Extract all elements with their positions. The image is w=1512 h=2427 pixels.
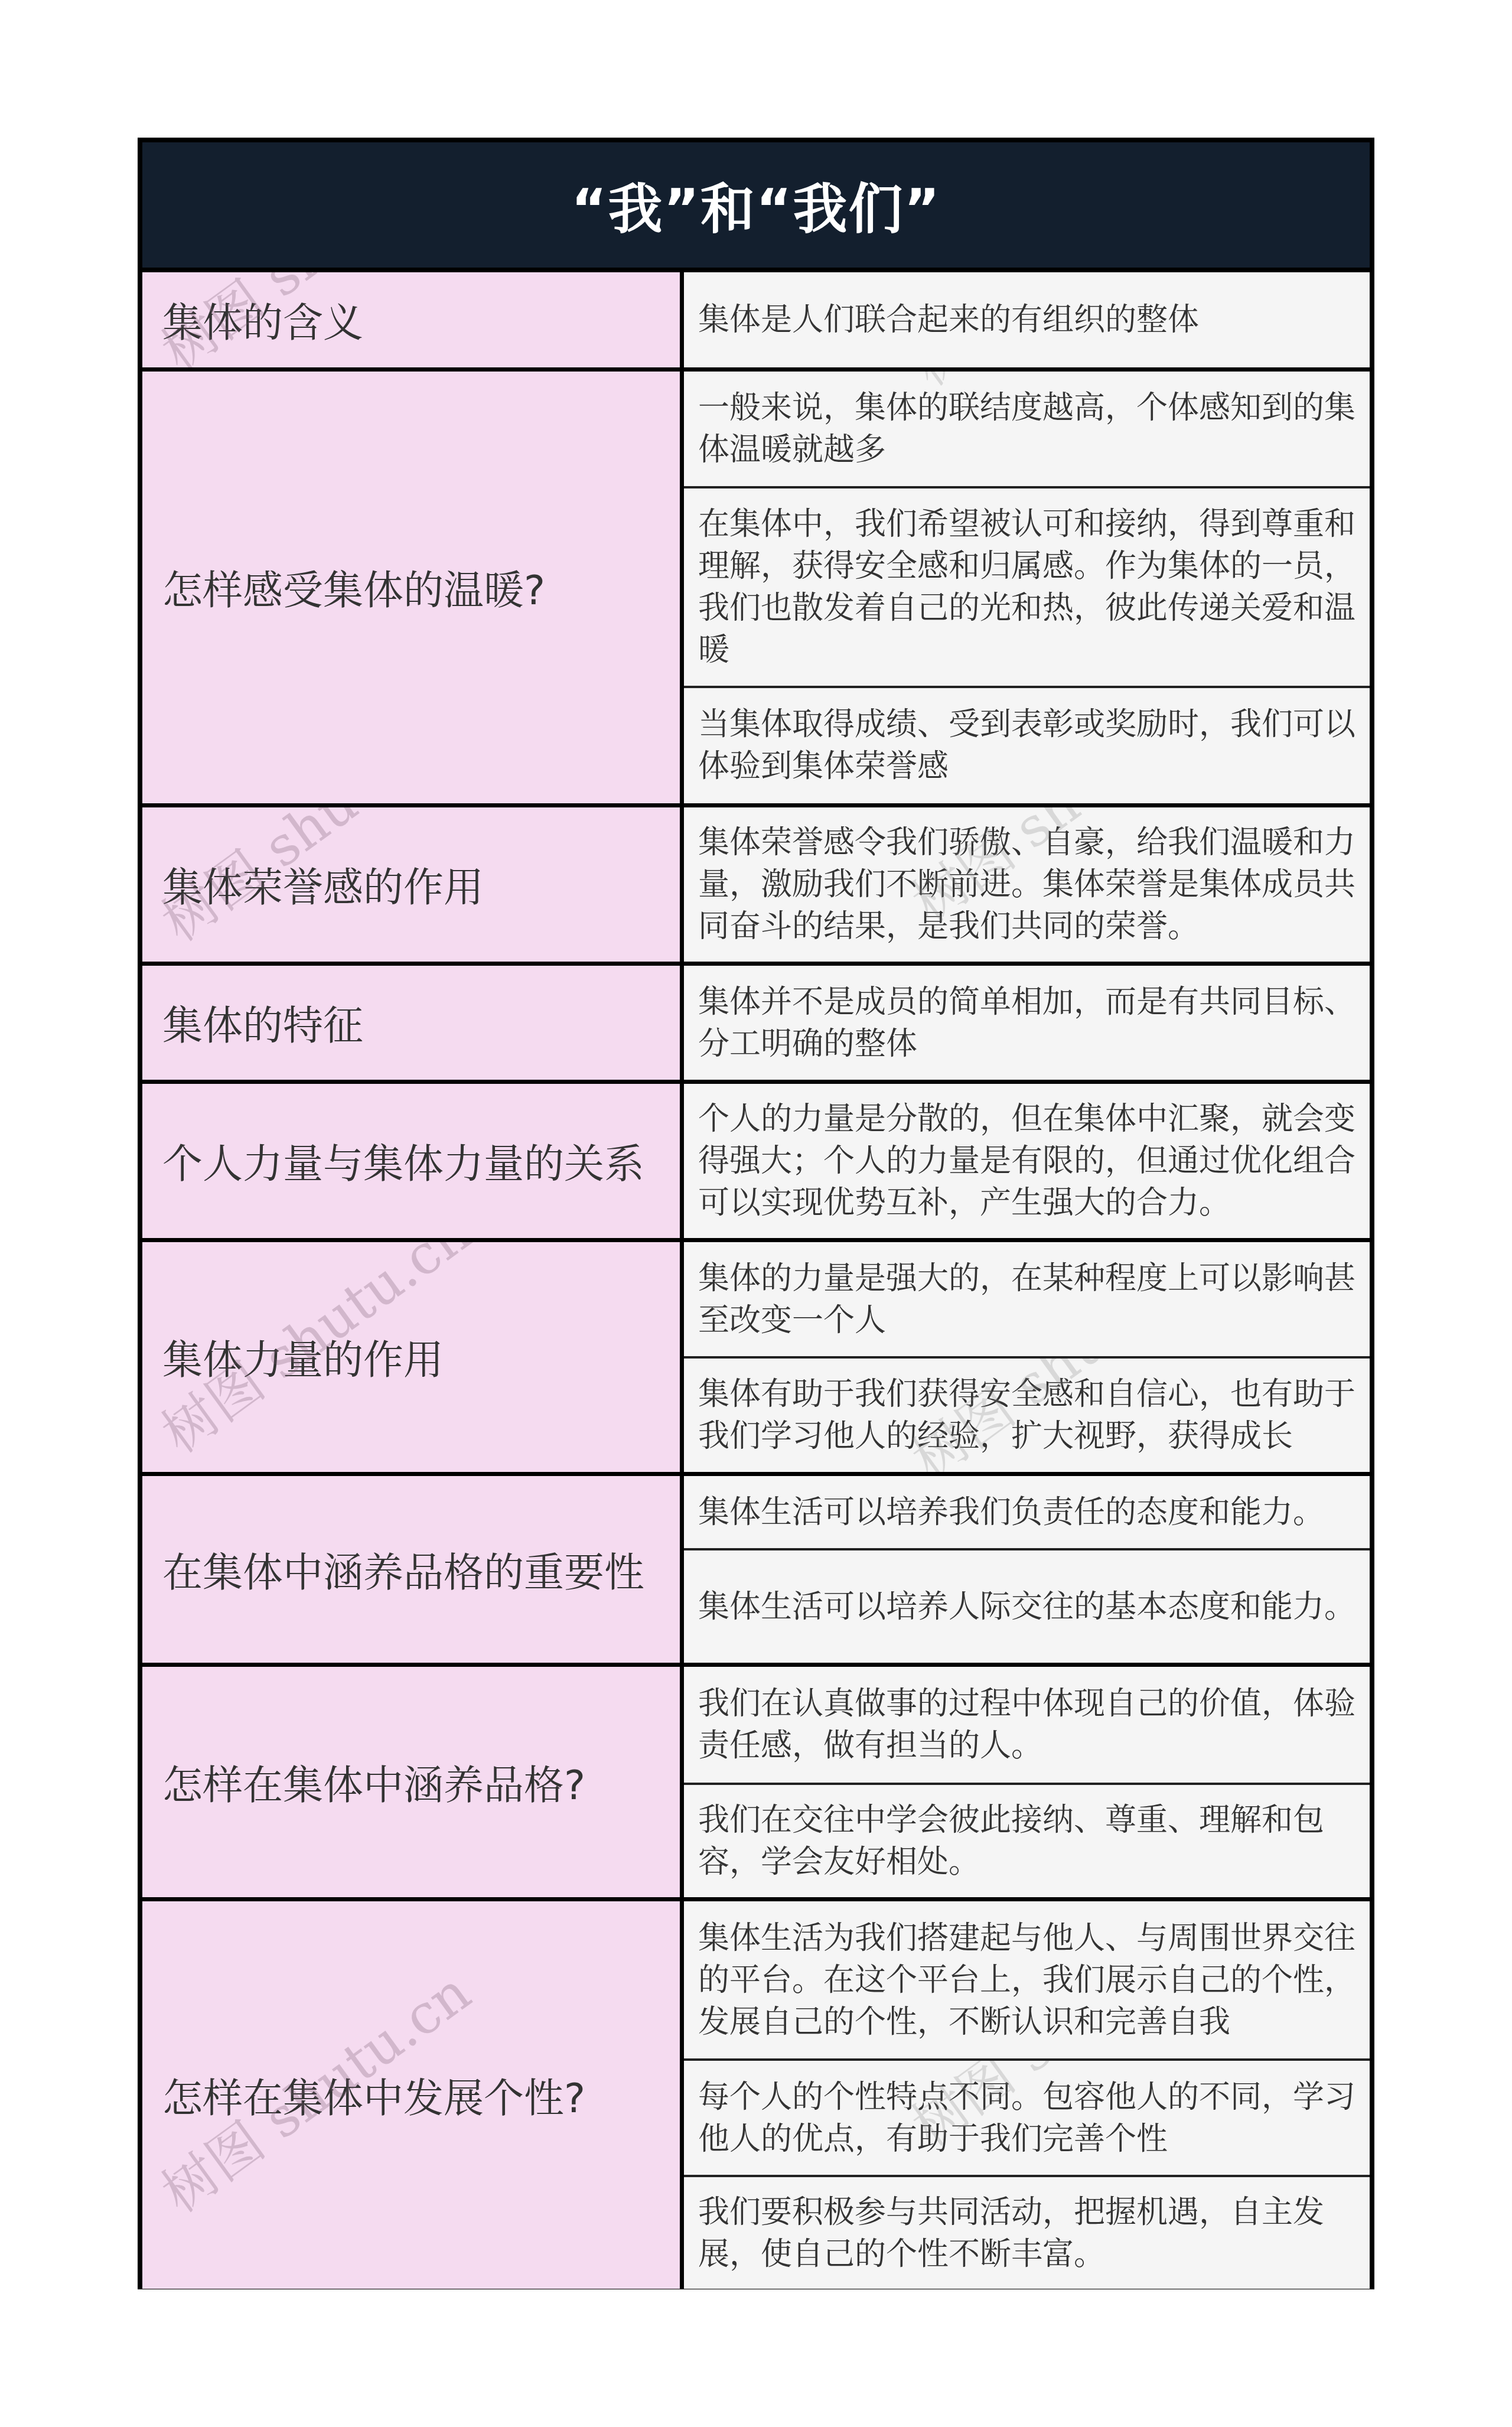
item-text: 集体生活为我们搭建起与他人、与周围世界交往的平台。在这个平台上，我们展示自己的个… [698, 1917, 1357, 2043]
row-label: 集体的含义 树图 shutu.cn [142, 272, 684, 367]
item-text: 我们在交往中学会彼此接纳、尊重、理解和包容，学会友好相处。 [698, 1799, 1357, 1883]
row-label: 个人力量与集体力量的关系 [142, 1084, 684, 1238]
row-label-text: 怎样在集体中发展个性? [162, 2067, 585, 2124]
item-text: 我们在认真做事的过程中体现自己的价值，体验责任感，做有担当的人。 [698, 1683, 1357, 1767]
list-item: 当集体取得成绩、受到表彰或奖励时，我们可以体验到集体荣誉感 [684, 688, 1370, 803]
table-row: 集体荣誉感的作用 树图 shutu.cn 集体荣誉感令我们骄傲、自豪，给我们温暖… [142, 807, 1370, 966]
row-items: 我们在认真做事的过程中体现自己的价值，体验责任感，做有担当的人。 我们在交往中学… [684, 1667, 1370, 1897]
item-text: 集体荣誉感令我们骄傲、自豪，给我们温暖和力量，激励我们不断前进。集体荣誉是集体成… [698, 822, 1357, 947]
item-text: 集体是人们联合起来的有组织的整体 [698, 299, 1199, 341]
topic-table: “我”和“我们” 集体的含义 树图 shutu.cn 集体是人们联合起来的有组织… [138, 138, 1374, 2289]
item-text: 集体并不是成员的简单相加，而是有共同目标、分工明确的整体 [698, 981, 1357, 1065]
item-text: 每个人的个性特点不同。包容他人的不同，学习他人的优点，有助于我们完善个性 [698, 2076, 1357, 2160]
row-label-text: 在集体中涵养品格的重要性 [162, 1541, 644, 1598]
row-label: 怎样在集体中发展个性? 树图 shutu.cn [142, 1901, 684, 2289]
list-item: 集体有助于我们获得安全感和自信心，也有助于我们学习他人的经验，扩大视野，获得成长… [684, 1359, 1370, 1472]
table-row: 怎样感受集体的温暖? 一般来说，集体的联结度越高，个体感知到的集体温暖就越多 树… [142, 372, 1370, 807]
row-label: 集体荣誉感的作用 树图 shutu.cn [142, 807, 684, 962]
list-item: 我们在认真做事的过程中体现自己的价值，体验责任感，做有担当的人。 [684, 1667, 1370, 1785]
row-label: 在集体中涵养品格的重要性 [142, 1476, 684, 1663]
table-row: 怎样在集体中发展个性? 树图 shutu.cn 集体生活为我们搭建起与他人、与周… [142, 1901, 1370, 2289]
row-items: 集体生活为我们搭建起与他人、与周围世界交往的平台。在这个平台上，我们展示自己的个… [684, 1901, 1370, 2289]
row-label: 怎样感受集体的温暖? [142, 372, 684, 803]
table-row: 怎样在集体中涵养品格? 我们在认真做事的过程中体现自己的价值，体验责任感，做有担… [142, 1667, 1370, 1901]
table-row: 在集体中涵养品格的重要性 集体生活可以培养我们负责任的态度和能力。 集体生活可以… [142, 1476, 1370, 1667]
item-text: 一般来说，集体的联结度越高，个体感知到的集体温暖就越多 [698, 387, 1357, 471]
table-row: 集体力量的作用 树图 shutu.cn 集体的力量是强大的，在某种程度上可以影响… [142, 1242, 1370, 1476]
item-text: 我们要积极参与共同活动，把握机遇，自主发展，使自己的个性不断丰富。 [698, 2191, 1357, 2275]
list-item: 集体生活可以培养我们负责任的态度和能力。 [684, 1476, 1370, 1550]
row-items: 个人的力量是分散的，但在集体中汇聚，就会变得强大；个人的力量是有限的，但通过优化… [684, 1084, 1370, 1238]
row-items: 集体生活可以培养我们负责任的态度和能力。 集体生活可以培养人际交往的基本态度和能… [684, 1476, 1370, 1663]
list-item: 每个人的个性特点不同。包容他人的不同，学习他人的优点，有助于我们完善个性 树图 … [684, 2061, 1370, 2177]
list-item: 集体的力量是强大的，在某种程度上可以影响甚至改变一个人 [684, 1242, 1370, 1359]
list-item: 集体生活可以培养人际交往的基本态度和能力。 [684, 1550, 1370, 1663]
item-text: 集体生活可以培养我们负责任的态度和能力。 [698, 1491, 1324, 1533]
row-label-text: 怎样在集体中涵养品格? [162, 1754, 585, 1811]
item-text: 当集体取得成绩、受到表彰或奖励时，我们可以体验到集体荣誉感 [698, 703, 1357, 787]
item-text: 个人的力量是分散的，但在集体中汇聚，就会变得强大；个人的力量是有限的，但通过优化… [698, 1098, 1357, 1224]
list-item: 在集体中，我们希望被认可和接纳，得到尊重和理解，获得安全感和归属感。作为集体的一… [684, 488, 1370, 688]
row-label: 集体的特征 [142, 966, 684, 1080]
list-item: 我们在交往中学会彼此接纳、尊重、理解和包容，学会友好相处。 [684, 1785, 1370, 1897]
item-text: 集体生活可以培养人际交往的基本态度和能力。 [698, 1586, 1355, 1628]
list-item: 集体是人们联合起来的有组织的整体 [684, 272, 1370, 367]
row-items: 集体是人们联合起来的有组织的整体 [684, 272, 1370, 367]
row-items: 一般来说，集体的联结度越高，个体感知到的集体温暖就越多 树图 shutu.cn … [684, 372, 1370, 803]
list-item: 一般来说，集体的联结度越高，个体感知到的集体温暖就越多 树图 shutu.cn [684, 372, 1370, 488]
row-label: 怎样在集体中涵养品格? [142, 1667, 684, 1897]
row-label-text: 集体的含义 [162, 291, 363, 348]
list-item: 集体并不是成员的简单相加，而是有共同目标、分工明确的整体 [684, 966, 1370, 1080]
table-row: 集体的特征 集体并不是成员的简单相加，而是有共同目标、分工明确的整体 [142, 966, 1370, 1084]
list-item: 个人的力量是分散的，但在集体中汇聚，就会变得强大；个人的力量是有限的，但通过优化… [684, 1084, 1370, 1238]
row-label-text: 集体荣誉感的作用 [162, 856, 484, 913]
row-items: 集体的力量是强大的，在某种程度上可以影响甚至改变一个人 集体有助于我们获得安全感… [684, 1242, 1370, 1472]
row-label: 集体力量的作用 树图 shutu.cn [142, 1242, 684, 1472]
row-label-text: 个人力量与集体力量的关系 [162, 1132, 644, 1190]
table-row: 集体的含义 树图 shutu.cn 集体是人们联合起来的有组织的整体 [142, 272, 1370, 372]
row-label-text: 集体力量的作用 [162, 1328, 444, 1386]
table-title: “我”和“我们” [142, 142, 1370, 272]
row-label-text: 怎样感受集体的温暖? [162, 559, 545, 616]
list-item: 集体荣誉感令我们骄傲、自豪，给我们温暖和力量，激励我们不断前进。集体荣誉是集体成… [684, 807, 1370, 962]
item-text: 在集体中，我们希望被认可和接纳，得到尊重和理解，获得安全感和归属感。作为集体的一… [698, 503, 1357, 671]
table-row: 个人力量与集体力量的关系 个人的力量是分散的，但在集体中汇聚，就会变得强大；个人… [142, 1084, 1370, 1242]
row-items: 集体并不是成员的简单相加，而是有共同目标、分工明确的整体 [684, 966, 1370, 1080]
item-text: 集体有助于我们获得安全感和自信心，也有助于我们学习他人的经验，扩大视野，获得成长 [698, 1373, 1357, 1457]
item-text: 集体的力量是强大的，在某种程度上可以影响甚至改变一个人 [698, 1258, 1357, 1341]
list-item: 我们要积极参与共同活动，把握机遇，自主发展，使自己的个性不断丰富。 [684, 2177, 1370, 2289]
list-item: 集体生活为我们搭建起与他人、与周围世界交往的平台。在这个平台上，我们展示自己的个… [684, 1901, 1370, 2061]
row-items: 集体荣誉感令我们骄傲、自豪，给我们温暖和力量，激励我们不断前进。集体荣誉是集体成… [684, 807, 1370, 962]
row-label-text: 集体的特征 [162, 994, 363, 1051]
